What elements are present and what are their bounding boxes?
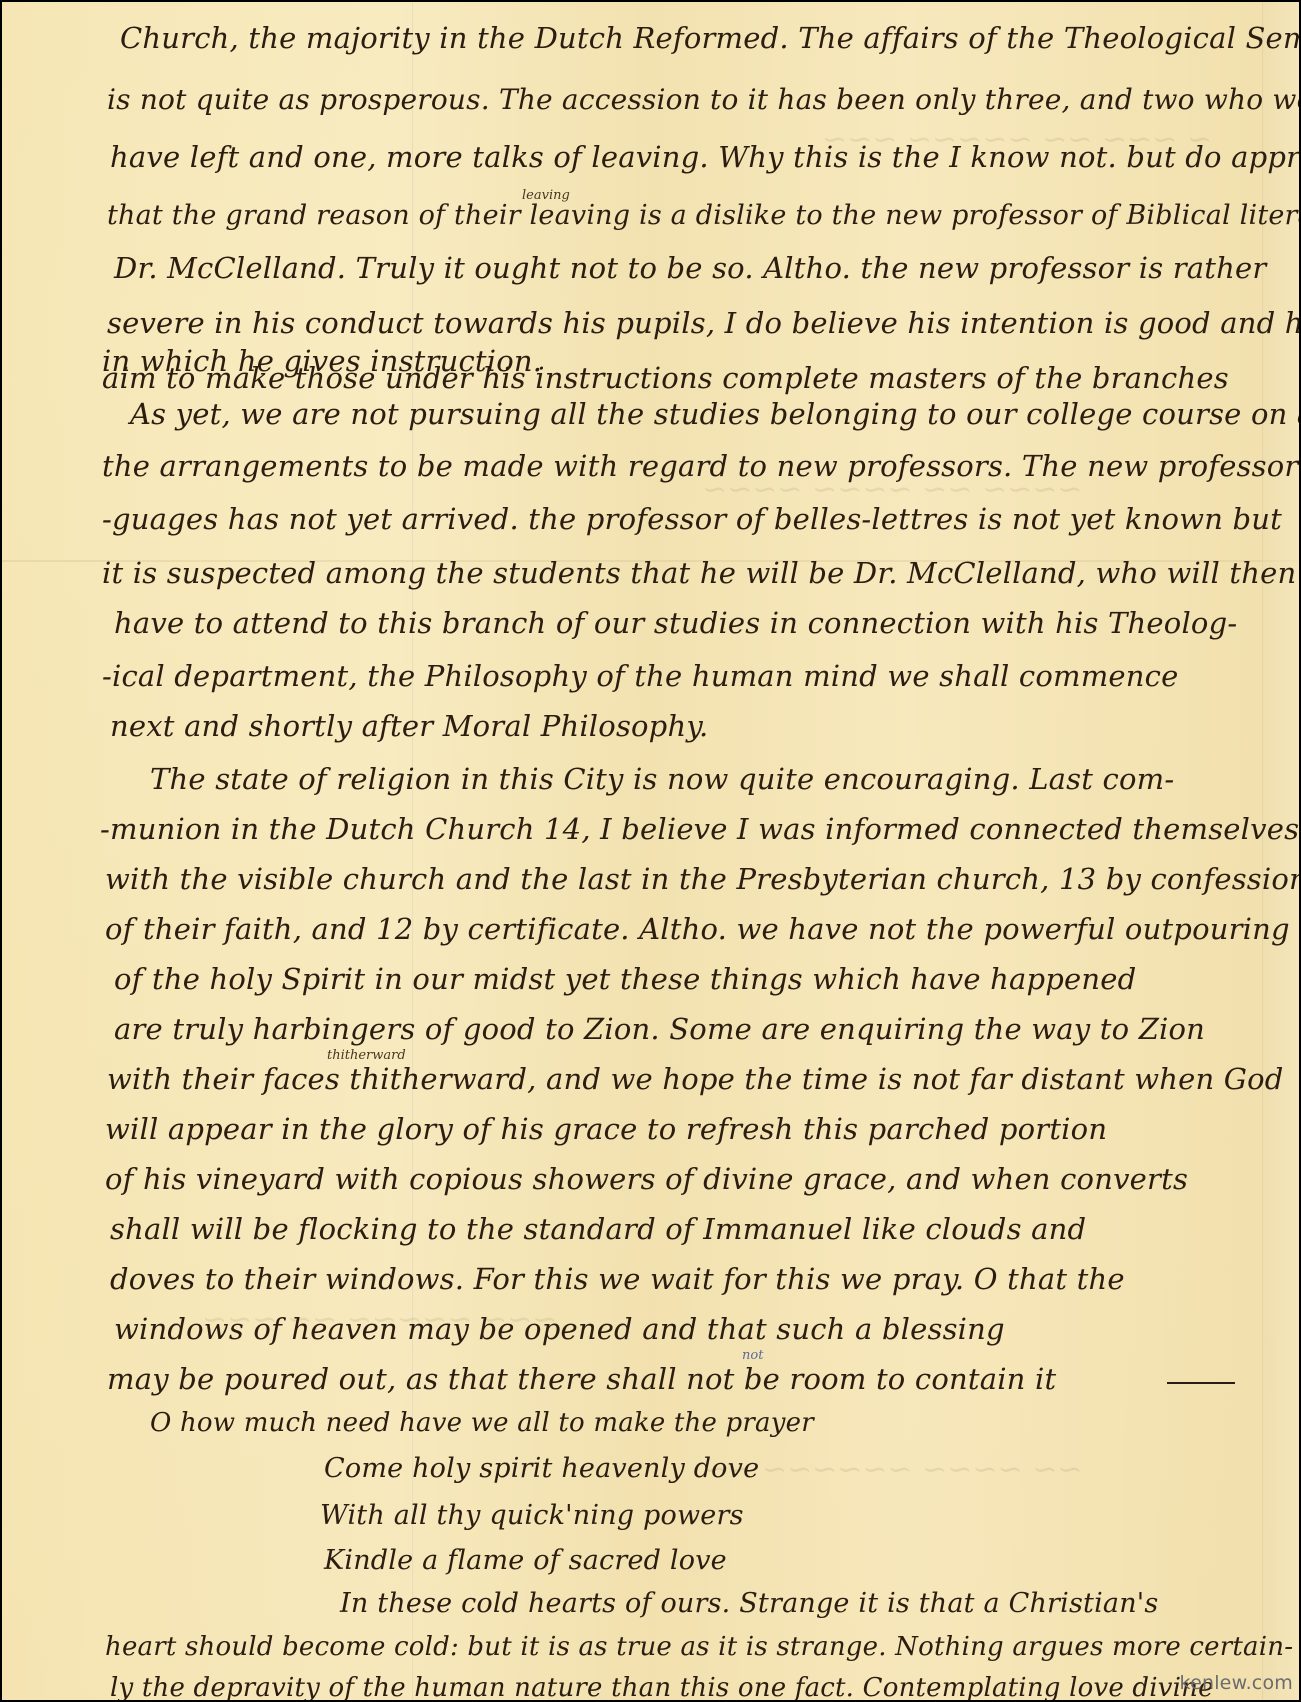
letter-line: the arrangements to be made with regard …: [102, 452, 1299, 481]
letter-line: of their faith, and 12 by certificate. A…: [105, 915, 1290, 944]
letter-line: Dr. McClelland. Truly it ought not to be…: [114, 254, 1266, 283]
letter-line: have to attend to this branch of our stu…: [114, 609, 1237, 638]
letter-line: that the grand reason of their leaving i…: [107, 202, 1299, 229]
letter-line: of his vineyard with copious showers of …: [105, 1165, 1188, 1194]
hymn-line: In these cold hearts of ours. Strange it…: [340, 1590, 1158, 1617]
hymn-line: Come holy spirit heavenly dove: [324, 1455, 759, 1482]
letter-line: will appear in the glory of his grace to…: [105, 1115, 1107, 1144]
letter-line: As yet, we are not pursuing all the stud…: [130, 400, 1299, 429]
watermark: kenlew.com: [1180, 1672, 1293, 1694]
letter-line: -ical department, the Philosophy of the …: [102, 662, 1178, 691]
letter-line: ly the depravity of the human nature tha…: [110, 1675, 1214, 1700]
letter-line: severe in his conduct towards his pupils…: [107, 309, 1299, 338]
hymn-line: Kindle a flame of sacred love: [324, 1547, 727, 1574]
letter-line: doves to their windows. For this we wait…: [110, 1265, 1125, 1294]
letter-line: with their faces thitherward, and we hop…: [107, 1065, 1284, 1094]
letter-page: ~ ~~~ ~~ ~~~~~ ~~~ ~~~~ ~~ ~~~~ ~~~~ ~~~…: [2, 2, 1299, 1700]
letter-line: windows of heaven may be opened and that…: [114, 1315, 1005, 1344]
letter-line: heart should become cold: but it is as t…: [105, 1634, 1293, 1660]
letter-line: next and shortly after Moral Philosophy.: [110, 712, 708, 741]
letter-body: Church, the majority in the Dutch Reform…: [2, 2, 1299, 1700]
letter-line: have left and one, more talks of leaving…: [110, 143, 1299, 172]
letter-line: -guages has not yet arrived. the profess…: [102, 505, 1282, 534]
letter-line: The state of religion in this City is no…: [150, 765, 1174, 794]
letter-line: Church, the majority in the Dutch Reform…: [120, 24, 1299, 53]
interlinear-insertion: thitherward: [327, 1048, 406, 1063]
letter-line: is not quite as prosperous. The accessio…: [107, 86, 1299, 114]
closing-dash: [1167, 1382, 1235, 1384]
interlinear-insertion: not: [742, 1348, 763, 1363]
letter-line: may be poured out, as that there shall n…: [107, 1365, 1056, 1394]
letter-line: shall will be flocking to the standard o…: [110, 1215, 1086, 1244]
hymn-line: With all thy quick'ning powers: [320, 1502, 744, 1529]
letter-line: of the holy Spirit in our midst yet thes…: [114, 965, 1136, 994]
letter-line: are truly harbingers of good to Zion. So…: [114, 1015, 1205, 1044]
letter-line: O how much need have we all to make the …: [150, 1410, 814, 1436]
letter-line: it is suspected among the students that …: [102, 559, 1296, 588]
letter-line: -munion in the Dutch Church 14, I believ…: [100, 815, 1299, 844]
letter-line: with the visible church and the last in …: [105, 865, 1299, 894]
letter-line: in which he gives instruction.: [102, 347, 542, 376]
